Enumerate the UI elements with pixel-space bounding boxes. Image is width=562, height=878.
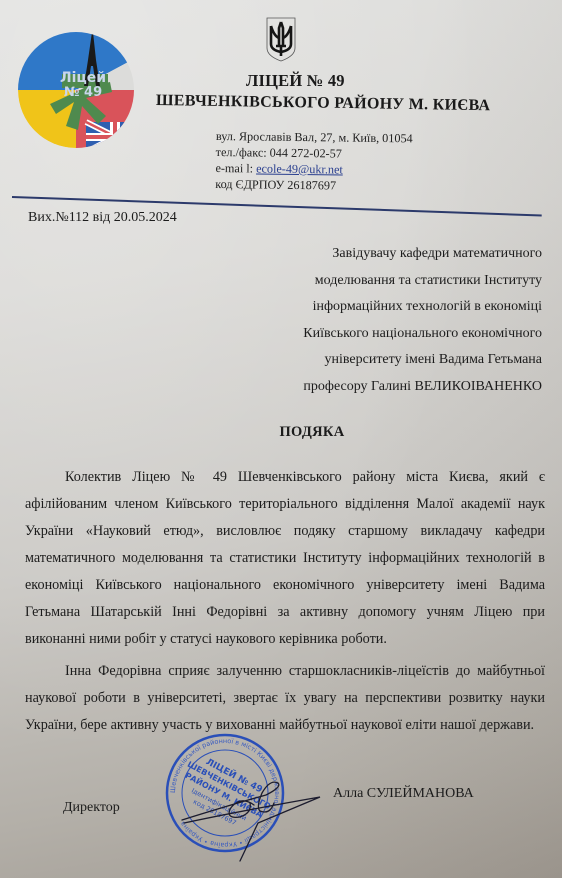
code-line: код ЄДРПОУ 26187697 <box>215 176 412 194</box>
recipient-line: університету імені Вадима Гетьмана <box>202 347 542 374</box>
contact-block: вул. Ярославів Вал, 27, м. Київ, 01054 т… <box>215 128 413 194</box>
trident-icon <box>264 16 298 62</box>
school-district: ШЕВЧЕНКІВСЬКОГО РАЙОНУ М. КИЄВА <box>156 92 491 115</box>
recipient-line: інформаційних технологій в економіці <box>202 294 542 321</box>
recipient-line: Київського національного економічного <box>202 321 542 348</box>
email-link[interactable]: ecole-49@ukr.net <box>256 161 343 176</box>
recipient-line: професору Галині ВЕЛИКОІВАНЕНКО <box>202 374 542 401</box>
body-paragraph-1: Колектив Ліцею № 49 Шевченківського райо… <box>25 464 545 653</box>
recipient-block: Завідувачу кафедри математичного моделюв… <box>202 241 542 400</box>
lyceum-logo-icon: Ліцей № 49 <box>14 30 146 150</box>
phone: 044 272-02-57 <box>270 146 342 161</box>
recipient-line: Завідувачу кафедри математичного <box>202 241 542 268</box>
body-paragraph-2: Інна Федорівна сприяє залученню старшокл… <box>25 658 545 739</box>
outgoing-reference: Вих.№112 від 20.05.2024 <box>28 210 177 226</box>
school-name: ЛІЦЕЙ № 49 <box>246 71 345 91</box>
recipient-line: моделювання та статистики Інституту <box>202 268 542 295</box>
svg-text:Ліцей: Ліцей <box>60 70 106 86</box>
handwritten-signature-icon <box>170 775 330 870</box>
svg-text:№ 49: № 49 <box>64 85 102 100</box>
document-title: ПОДЯКА <box>0 424 562 441</box>
signatory-name: Алла СУЛЕЙМАНОВА <box>333 786 474 802</box>
edrpou-code: 26187697 <box>287 178 336 193</box>
signatory-title: Директор <box>63 800 120 816</box>
